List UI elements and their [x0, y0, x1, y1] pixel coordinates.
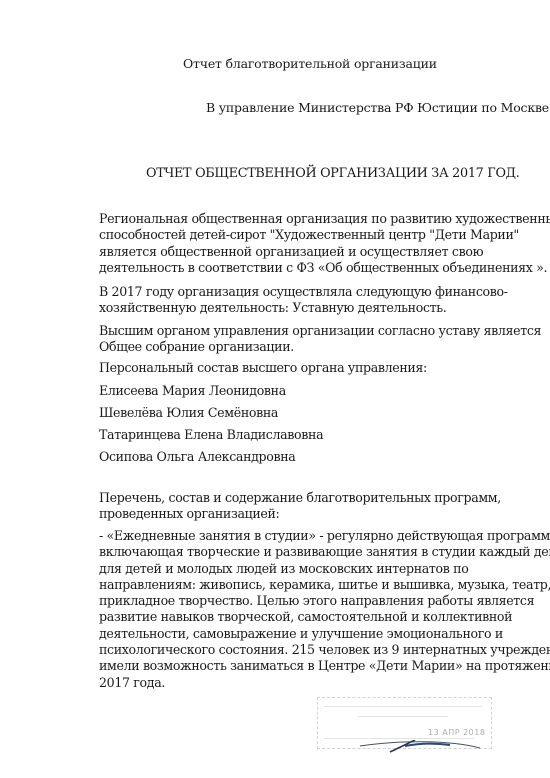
- text-line: деятельность в соответствии с ФЗ «Об общ…: [99, 260, 519, 276]
- programs-heading: Перечень, состав и содержание благотвори…: [99, 490, 519, 523]
- text-line: Региональная общественная организация по…: [99, 211, 519, 227]
- text-line: является общественной организацией и осу…: [99, 244, 519, 260]
- text-line: прикладное творчество. Целью этого напра…: [99, 593, 519, 609]
- text-line: - «Ежедневные занятия в студии» - регуля…: [99, 528, 519, 544]
- intro-paragraph: Региональная общественная организация по…: [99, 211, 519, 276]
- stamp-line: [324, 706, 482, 707]
- text-line: психологического состояния. 215 человек …: [99, 642, 519, 658]
- text-line: деятельности, самовыражение и улучшение …: [99, 626, 519, 642]
- text-line: Общее собрание организации.: [99, 339, 519, 355]
- activity-paragraph: В 2017 году организация осуществляла сле…: [99, 284, 519, 317]
- stamp-date: 13 АПР 2018: [428, 728, 485, 737]
- document-label: Отчет благотворительной организации: [183, 56, 437, 71]
- document-page: Отчет благотворительной организации В уп…: [0, 0, 550, 778]
- stamp-line: [358, 716, 448, 717]
- members-heading: Персональный состав высшего органа управ…: [99, 360, 519, 376]
- member-item: Елисеева Мария Леонидовна: [99, 383, 519, 399]
- text-line: способностей детей-сирот "Художественный…: [99, 227, 519, 243]
- text-line: хозяйственную деятельность: Уставную дея…: [99, 300, 519, 316]
- governance-paragraph: Высшим органом управления организации со…: [99, 323, 519, 356]
- text-line: имели возможность заниматься в Центре «Д…: [99, 658, 519, 674]
- text-line: В 2017 году организация осуществляла сле…: [99, 284, 519, 300]
- text-line: 2017 года.: [99, 675, 519, 691]
- page-title: ОТЧЕТ ОБЩЕСТВЕННОЙ ОРГАНИЗАЦИИ ЗА 2017 Г…: [146, 166, 520, 181]
- signature-icon: [340, 740, 490, 770]
- member-item: Шевелёва Юлия Семёновна: [99, 405, 519, 421]
- text-line: проведенных организацией:: [99, 506, 519, 522]
- text-line: развитие навыков творческой, самостоятел…: [99, 609, 519, 625]
- member-item: Осипова Ольга Александровна: [99, 449, 519, 465]
- text-line: для детей и молодых людей из московских …: [99, 561, 519, 577]
- text-line: Перечень, состав и содержание благотвори…: [99, 490, 519, 506]
- stamp-line: [324, 738, 474, 739]
- member-item: Татаринцева Елена Владиславовна: [99, 427, 519, 443]
- addressee: В управление Министерства РФ Юстиции по …: [206, 100, 549, 115]
- text-line: включающая творческие и развивающие заня…: [99, 544, 519, 560]
- program-description: - «Ежедневные занятия в студии» - регуля…: [99, 528, 519, 691]
- text-line: Высшим органом управления организации со…: [99, 323, 519, 339]
- text-line: направлениям: живопись, керамика, шитье …: [99, 577, 519, 593]
